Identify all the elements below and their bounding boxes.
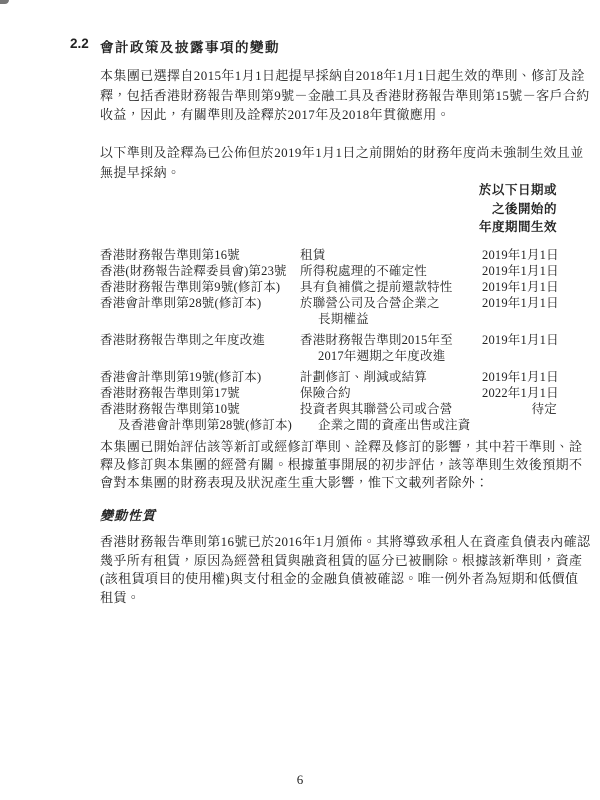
standard-description-cell: 計劃修訂、削減或結算 xyxy=(300,369,482,385)
table-row: 香港財務報告準則第16號 租賃 2019年1月1日 xyxy=(100,247,557,263)
paragraph-early-adoption: 本集團已選擇自2015年1月1日起提早採納自2018年1月1日起生效的準則、修訂… xyxy=(100,66,584,125)
effective-date-cell: 2019年1月1日 xyxy=(482,279,559,295)
table-row: 香港財務報告準則第10號及香港會計準則第28號(修訂本) 投資者與其聯營公司或合… xyxy=(100,401,557,433)
standard-description-cell: 於聯營公司及合營企業之長期權益 xyxy=(300,295,482,327)
effective-date-cell: 2019年1月1日 xyxy=(482,295,559,311)
effective-date-cell: 2019年1月1日 xyxy=(482,369,559,385)
standard-name-cell: 香港(財務報告詮釋委員會)第23號 xyxy=(100,263,300,279)
section-heading: 2.2 會計政策及披露事項的變動 xyxy=(70,36,280,56)
paragraph-impact-assessment: 本集團已開始評估該等新訂或經修訂準則、詮釋及修訂的影響，其中若干準則、詮釋及修訂… xyxy=(100,438,584,492)
effective-date-cell: 2019年1月1日 xyxy=(482,247,559,263)
table-row: 香港會計準則第19號(修訂本) 計劃修訂、削減或結算 2019年1月1日 xyxy=(100,369,557,385)
table-row: 香港(財務報告詮釋委員會)第23號 所得稅處理的不確定性 2019年1月1日 xyxy=(100,263,557,279)
standard-description-cell: 保險合約 xyxy=(300,385,482,401)
standard-name-cell: 香港會計準則第28號(修訂本) xyxy=(100,295,300,311)
standards-table: 香港財務報告準則第16號 租賃 2019年1月1日 香港(財務報告詮釋委員會)第… xyxy=(100,247,557,433)
effective-date-cell: 2019年1月1日 xyxy=(482,263,559,279)
standard-name-cell: 香港財務報告準則第17號 xyxy=(100,385,300,401)
effective-date-cell: 2022年1月1日 xyxy=(482,385,559,401)
scan-artifact xyxy=(0,0,9,4)
table-row: 香港會計準則第28號(修訂本) 於聯營公司及合營企業之長期權益 2019年1月1… xyxy=(100,295,557,327)
standard-name-cell: 香港財務報告準則第10號及香港會計準則第28號(修訂本) xyxy=(100,401,300,433)
standard-name-cell: 香港會計準則第19號(修訂本) xyxy=(100,369,300,385)
standard-description-cell: 投資者與其聯營公司或合營企業之間的資產出售或注資 xyxy=(300,401,482,433)
subheading-nature-of-change: 變動性質 xyxy=(100,505,156,524)
table-row: 香港財務報告準則第17號 保險合約 2022年1月1日 xyxy=(100,385,557,401)
standard-description-cell: 租賃 xyxy=(300,247,482,263)
standard-name-cell: 香港財務報告準則第16號 xyxy=(100,247,300,263)
table-row: 香港財務報告準則第9號(修訂本) 具有負補償之提前還款特性 2019年1月1日 xyxy=(100,279,557,295)
paragraph-hkfrs16: 香港財務報告準則第16號已於2016年1月頒佈。其將導致承租人在資產負債表內確認… xyxy=(100,533,584,607)
standard-description-cell: 香港財務報告準則2015年至2017年週期之年度改進 xyxy=(300,332,482,364)
standard-name-cell: 香港財務報告準則之年度改進 xyxy=(100,332,300,348)
table-row: 香港財務報告準則之年度改進 香港財務報告準則2015年至2017年週期之年度改進… xyxy=(100,332,557,364)
standards-table-body: 香港財務報告準則第16號 租賃 2019年1月1日 香港(財務報告詮釋委員會)第… xyxy=(100,247,557,433)
standard-description-cell: 所得稅處理的不確定性 xyxy=(300,263,482,279)
page-number: 6 xyxy=(0,772,600,788)
standard-name-cell: 香港財務報告準則第9號(修訂本) xyxy=(100,279,300,295)
effective-date-cell: 2019年1月1日 xyxy=(482,332,559,348)
section-number: 2.2 xyxy=(70,36,100,56)
effective-date-column-header: 於以下日期或之後開始的年度期間生效 xyxy=(380,181,557,237)
document-page: 2.2 會計政策及披露事項的變動 本集團已選擇自2015年1月1日起提早採納自2… xyxy=(0,0,600,800)
section-title: 會計政策及披露事項的變動 xyxy=(100,36,280,56)
paragraph-standards-issued: 以下準則及詮釋為已公佈但於2019年1月1日之前開始的財務年度尚未強制生效且並無… xyxy=(100,143,584,182)
standard-description-cell: 具有負補償之提前還款特性 xyxy=(300,279,482,295)
effective-date-cell: 待定 xyxy=(482,401,557,417)
